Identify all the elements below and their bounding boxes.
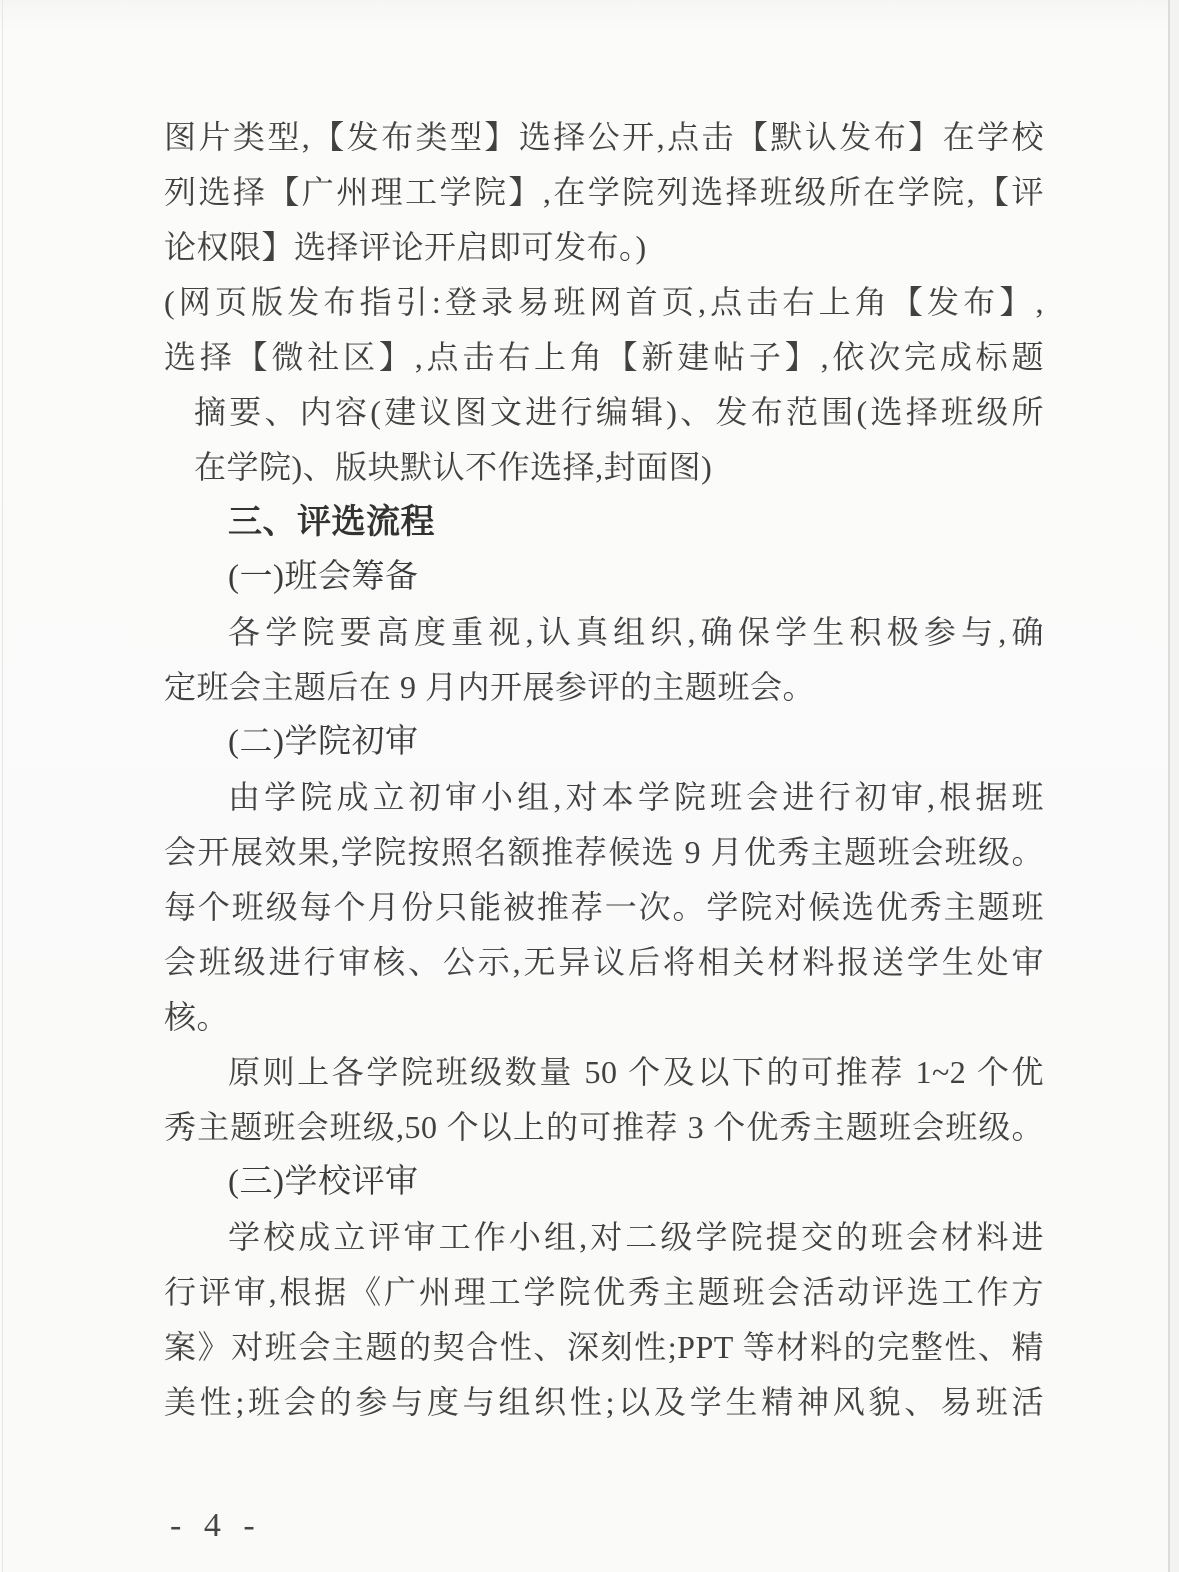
subsection-heading: (一)班会筹备: [164, 550, 1044, 605]
document-body: 图片类型,【发布类型】选择公开,点击【默认发布】在学校列选择【广州理工学院】,在…: [164, 110, 1044, 1430]
text-line: 会班级进行审核、公示,无异议后将相关材料报送学生处审: [164, 935, 1044, 990]
text-line: 定班会主题后在 9 月内开展参评的主题班会。: [164, 660, 1044, 715]
text-line: 图片类型,【发布类型】选择公开,点击【默认发布】在学校: [164, 110, 1044, 165]
text-line: 列选择【广州理工学院】,在学院列选择班级所在学院,【评: [164, 165, 1044, 220]
text-line: 选择【微社区】,点击右上角【新建帖子】,依次完成标题: [164, 330, 1044, 385]
text-line: 原则上各学院班级数量 50 个及以下的可推荐 1~2 个优: [164, 1045, 1044, 1100]
text-line: 在学院)、版块默认不作选择,封面图): [164, 440, 1044, 495]
text-line: 摘要、内容(建议图文进行编辑)、发布范围(选择班级所: [164, 385, 1044, 440]
text-line: 论权限】选择评论开启即可发布。): [164, 220, 1044, 275]
text-line: 每个班级每个月份只能被推荐一次。学院对候选优秀主题班: [164, 880, 1044, 935]
subsection-heading: (二)学院初审: [164, 715, 1044, 770]
text-line: 秀主题班会班级,50 个以上的可推荐 3 个优秀主题班会班级。: [164, 1100, 1044, 1155]
text-line: 学校成立评审工作小组,对二级学院提交的班会材料进: [164, 1210, 1044, 1265]
text-line: 行评审,根据《广州理工学院优秀主题班会活动评选工作方: [164, 1265, 1044, 1320]
text-line: 美性;班会的参与度与组织性;以及学生精神风貌、易班活: [164, 1375, 1044, 1430]
page-number: - 4 -: [170, 1498, 262, 1553]
text-line: 会开展效果,学院按照名额推荐候选 9 月优秀主题班会班级。: [164, 825, 1044, 880]
text-line: 案》对班会主题的契合性、深刻性;PPT 等材料的完整性、精: [164, 1320, 1044, 1375]
document-page: 图片类型,【发布类型】选择公开,点击【默认发布】在学校列选择【广州理工学院】,在…: [0, 0, 1179, 1572]
text-line: (网页版发布指引:登录易班网首页,点击右上角【发布】,: [164, 275, 1044, 330]
text-line: 各学院要高度重视,认真组织,确保学生积极参与,确: [164, 605, 1044, 660]
text-line: 核。: [164, 990, 1044, 1045]
section-heading: 三、评选流程: [164, 495, 1044, 550]
subsection-heading: (三)学校评审: [164, 1155, 1044, 1210]
scan-edge-left: [2, 0, 3, 1572]
scan-margin-right-strip: [1170, 0, 1179, 1572]
text-line: 由学院成立初审小组,对本学院班会进行初审,根据班: [164, 770, 1044, 825]
